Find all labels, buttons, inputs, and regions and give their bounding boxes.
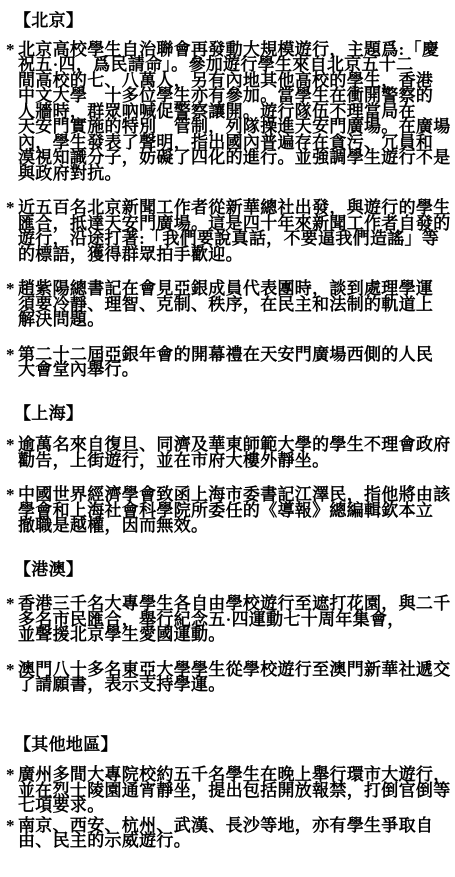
bullet-marker: * <box>6 662 18 678</box>
bullet-marker: * <box>6 487 18 503</box>
bullet-text: 澳門八十多名東亞大學學生從學校遊行至澳門新華社遞交 了請願書，表示支持學運。 <box>18 662 453 693</box>
bullet-text: 第二十二屆亞銀年會的開幕禮在天安門廣場西側的人民 大會堂內舉行。 <box>18 347 453 378</box>
section-shanghai-header: 【上海】 <box>14 406 453 422</box>
document-page: 【北京】 * 北京高校學生自治聯會再發動大規模遊行，主題爲:「慶 祝五·四，爲民… <box>6 13 453 849</box>
bullet-item: * 逾萬名來自復旦、同濟及華東師範大學的學生不理會政府 勸告，上街遊行，並在市府… <box>6 437 453 468</box>
section-hongkong-macau: 【港澳】 * 香港三千名大專學生各自由學校遊行至遮打花園，與二千 多名市民匯合，… <box>6 562 453 693</box>
bullet-marker: * <box>6 596 18 612</box>
section-beijing-header: 【北京】 <box>14 13 453 29</box>
section-shanghai: 【上海】 * 逾萬名來自復旦、同濟及華東師範大學的學生不理會政府 勸告，上街遊行… <box>6 406 453 534</box>
bullet-marker: * <box>6 437 18 453</box>
bullet-text: 逾萬名來自復旦、同濟及華東師範大學的學生不理會政府 勸告，上街遊行，並在市府大樓… <box>18 437 453 468</box>
bullet-item: * 中國世界經濟學會致函上海市委書記江澤民，指他將由該 學會和上海社會科學院所委… <box>6 487 453 534</box>
bullet-item: * 香港三千名大專學生各自由學校遊行至遮打花園，與二千 多名市民匯合，舉行紀念五… <box>6 596 453 643</box>
bullet-item: * 廣州多間大專院校約五千名學生在晚上舉行環市大遊行， 並在烈士陵園通宵靜坐，提… <box>6 767 453 814</box>
bullet-text: 廣州多間大專院校約五千名學生在晚上舉行環市大遊行， 並在烈士陵園通宵靜坐，提出包… <box>18 767 453 814</box>
bullet-text: 近五百名北京新聞工作者從新華總社出發，與遊行的學生 匯合，抵達天安門廣場。這是四… <box>18 200 453 262</box>
bullet-marker: * <box>6 767 18 783</box>
bullet-item: * 北京高校學生自治聯會再發動大規模遊行，主題爲:「慶 祝五·四，爲民請命」。參… <box>6 42 453 182</box>
bullet-marker: * <box>6 42 18 58</box>
bullet-marker: * <box>6 818 18 834</box>
bullet-text: 香港三千名大專學生各自由學校遊行至遮打花園，與二千 多名市民匯合，舉行紀念五·四… <box>18 596 453 643</box>
bullet-item: * 第二十二屆亞銀年會的開幕禮在天安門廣場西側的人民 大會堂內舉行。 <box>6 347 453 378</box>
bullet-text: 南京、西安、杭州、武漢、長沙等地，亦有學生爭取自 由、民主的示威遊行。 <box>18 818 453 849</box>
section-other-regions: 【其他地區】 * 廣州多間大專院校約五千名學生在晚上舉行環市大遊行， 並在烈士陵… <box>6 737 453 849</box>
bullet-marker: * <box>6 347 18 363</box>
bullet-marker: * <box>6 200 18 216</box>
bullet-item: * 近五百名北京新聞工作者從新華總社出發，與遊行的學生 匯合，抵達天安門廣場。這… <box>6 200 453 262</box>
section-other-regions-header: 【其他地區】 <box>14 737 453 753</box>
bullet-item: * 澳門八十多名東亞大學學生從學校遊行至澳門新華社遞交 了請願書，表示支持學運。 <box>6 662 453 693</box>
bullet-item: * 南京、西安、杭州、武漢、長沙等地，亦有學生爭取自 由、民主的示威遊行。 <box>6 818 453 849</box>
section-beijing: 【北京】 * 北京高校學生自治聯會再發動大規模遊行，主題爲:「慶 祝五·四，爲民… <box>6 13 453 378</box>
bullet-text: 趙紫陽總書記在會見亞銀成員代表團時，談到處理學運 須要冷靜、理智、克制、秩序，在… <box>18 281 453 328</box>
section-hongkong-macau-header: 【港澳】 <box>14 562 453 578</box>
bullet-marker: * <box>6 281 18 297</box>
bullet-text: 中國世界經濟學會致函上海市委書記江澤民，指他將由該 學會和上海社會科學院所委任的… <box>18 487 453 534</box>
bullet-text: 北京高校學生自治聯會再發動大規模遊行，主題爲:「慶 祝五·四，爲民請命」。參加遊… <box>18 42 453 182</box>
bullet-item: * 趙紫陽總書記在會見亞銀成員代表團時，談到處理學運 須要冷靜、理智、克制、秩序… <box>6 281 453 328</box>
